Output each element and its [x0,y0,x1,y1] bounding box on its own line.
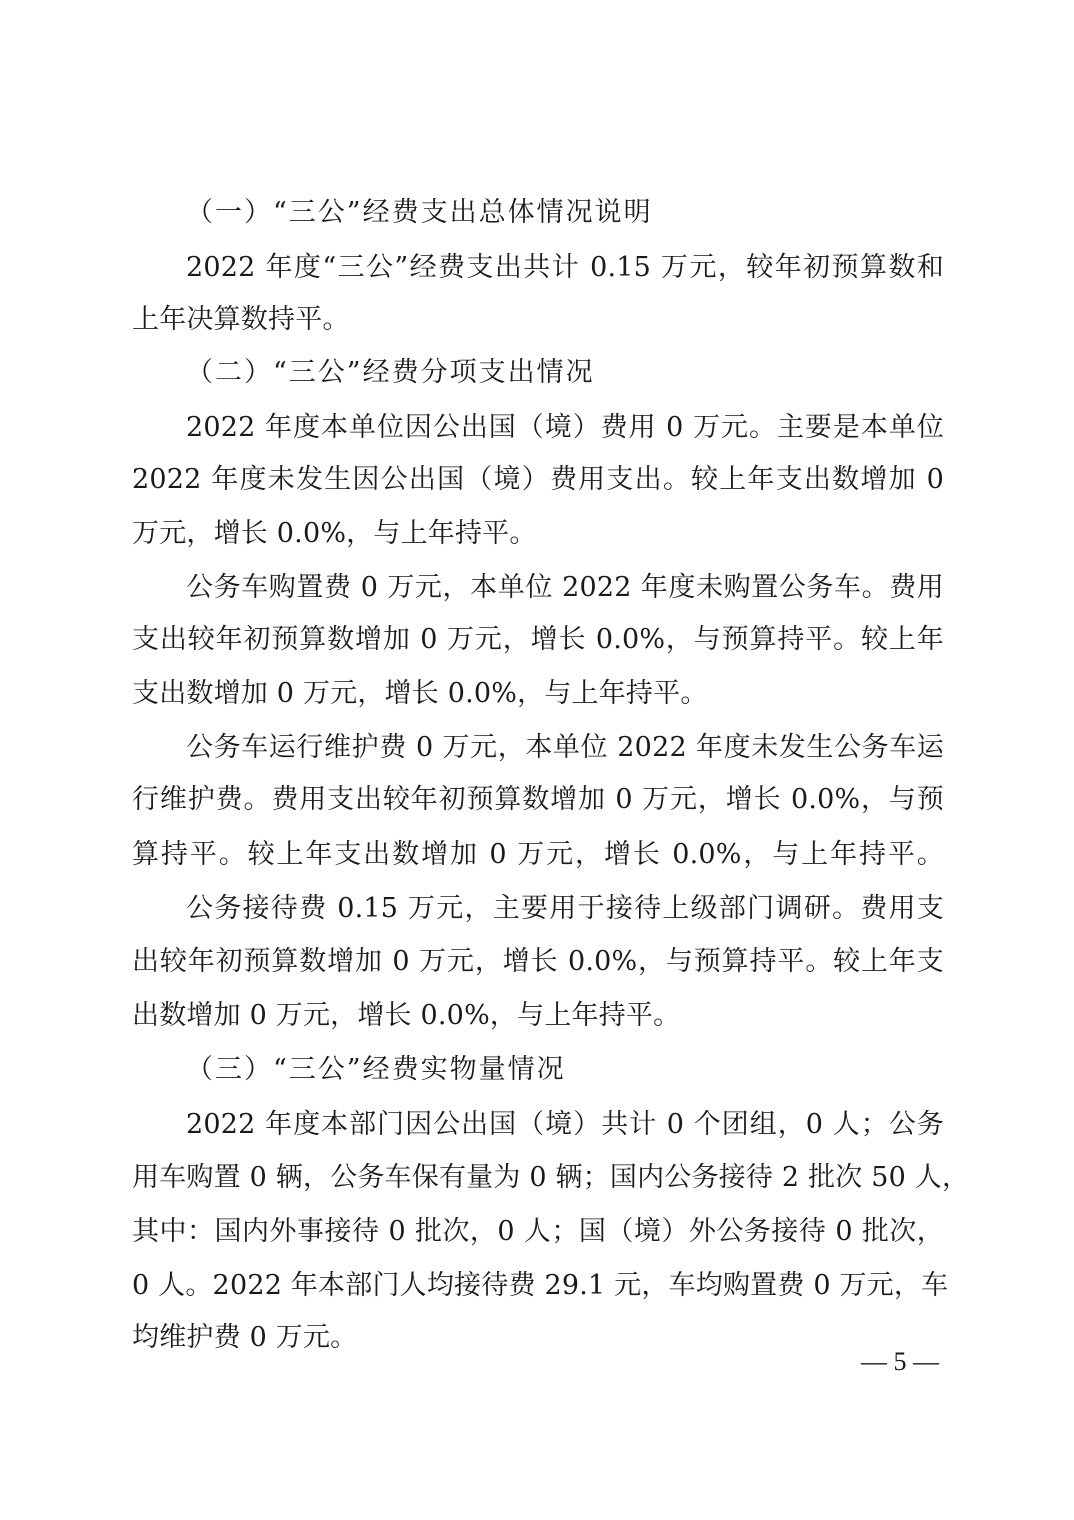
paragraph-line: 出较年初预算数增加 0 万元，增长 0.0%，与预算持平。较上年支 [132,944,944,980]
paragraph-line: 用车购置 0 辆，公务车保有量为 0 辆；国内公务接待 2 批次 50 人， [132,1160,944,1196]
paragraph-line: 其中：国内外事接待 0 批次，0 人；国（境）外公务接待 0 批次， [132,1214,944,1250]
section-heading-itemized: （二）“三公”经费分项支出情况 [186,355,595,391]
section-heading-overall: （一）“三公”经费支出总体情况说明 [186,195,653,231]
paragraph-line: 行维护费。费用支出较年初预算数增加 0 万元，增长 0.0%，与预 [132,782,944,818]
page-number: — 5 — [850,1345,950,1379]
paragraph-line: 均维护费 0 万元。 [132,1320,944,1356]
paragraph-line: 公务车购置费 0 万元，本单位 2022 年度未购置公务车。费用 [186,570,944,606]
paragraph-line: 2022 年度本部门因公出国（境）共计 0 个团组，0 人；公务 [186,1107,944,1143]
paragraph-line: 2022 年度“三公”经费支出共计 0.15 万元，较年初预算数和 [186,250,944,286]
paragraph-line: 公务车运行维护费 0 万元，本单位 2022 年度未发生公务车运 [186,730,944,766]
paragraph-line: 支出数增加 0 万元，增长 0.0%，与上年持平。 [132,676,944,712]
document-page: （一）“三公”经费支出总体情况说明 2022 年度“三公”经费支出共计 0.15… [0,0,1074,1520]
paragraph-line: 万元，增长 0.0%，与上年持平。 [132,516,944,552]
paragraph-line: 出数增加 0 万元，增长 0.0%，与上年持平。 [132,998,944,1034]
paragraph-line: 算持平。较上年支出数增加 0 万元，增长 0.0%，与上年持平。 [132,837,944,873]
section-heading-physical-quantity: （三）“三公”经费实物量情况 [186,1052,566,1088]
paragraph-line: 0 人。2022 年本部门人均接待费 29.1 元，车均购置费 0 万元，车 [132,1268,944,1304]
paragraph-line: 2022 年度未发生因公出国（境）费用支出。较上年支出数增加 0 [132,462,944,498]
paragraph-line: 上年决算数持平。 [132,302,944,338]
paragraph-line: 支出较年初预算数增加 0 万元，增长 0.0%，与预算持平。较上年 [132,622,944,658]
paragraph-line: 公务接待费 0.15 万元，主要用于接待上级部门调研。费用支 [186,891,944,927]
paragraph-line: 2022 年度本单位因公出国（境）费用 0 万元。主要是本单位 [186,410,944,446]
